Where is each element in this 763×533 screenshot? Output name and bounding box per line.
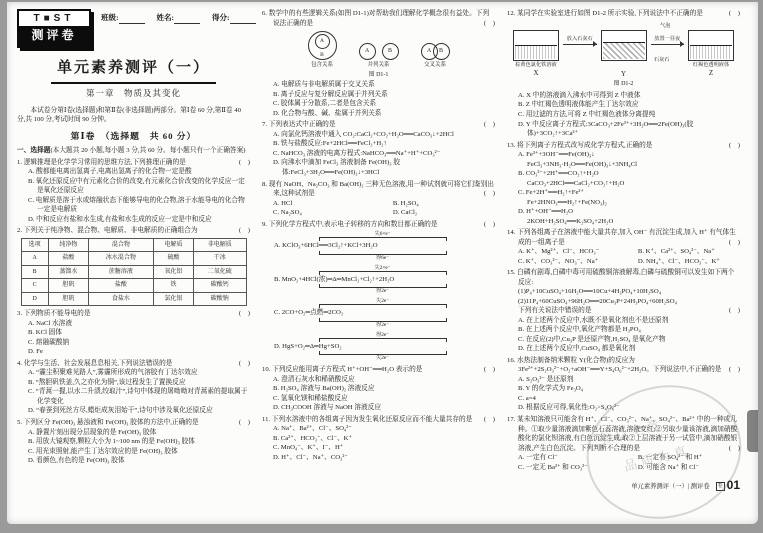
table-row: D 胆矾 食盐水 氯化银 碳酸钠 (21, 292, 246, 306)
stem-text: 8. 现有 NaOH、Na₂CO₃ 和 Ba(OH)₂ 三种无色溶液,用一种试剂… (262, 181, 494, 198)
option: A. 在上述两个反应中,水既不是氧化剂也不是还原剂 (507, 316, 740, 326)
answer-bracket: ( ) (484, 19, 495, 29)
table-cell: 蔗糖溶液 (88, 265, 153, 279)
table-cell: C (21, 279, 48, 293)
experiment-figure: 棕黄色氯化铁溶液 X 放入石灰石 气泡 石灰石 Y (507, 23, 740, 89)
table-cell: 碳酸钙 (193, 279, 246, 293)
table-cell: 干冰 (193, 252, 246, 266)
table-cell: 氧化铝 (153, 265, 193, 279)
question-11: 11. 下列水溶液中的各组离子因为发生氧化还原反应而不能大量共存的是( ) A.… (262, 415, 495, 463)
name-field-label: 姓名: (157, 13, 175, 22)
table-cell: 盐酸 (48, 252, 88, 266)
option: A. 酸都能电离出氢离子,电离出氢离子的化合物一定是酸 (17, 167, 250, 177)
stem-text: 3. 下列物质不能导电的是 (17, 310, 91, 317)
table-cell: A (21, 252, 48, 266)
venn-outer-label: B (309, 52, 336, 59)
option: B. 铁与盐酸反应:Fe+2HCl══FeCl₂+H₂↑ (262, 139, 495, 149)
class-field-blank (119, 15, 145, 24)
option: B. Z 中红褐色透明液体能产生丁达尔效应 (507, 100, 740, 110)
option-grid: A. HCl B. H₂SO₄ C. Na₂SO₄ D. CaCl₂ (262, 199, 495, 218)
option: C. 氢氧化镁和稀盐酸反应 (262, 394, 495, 404)
electron-gain-label: 得6e⁻ (270, 255, 495, 261)
option: B. 氧化还原反应中有元素化合价的改变,有元素化合价改变的化学反应一定是氧化还原… (17, 177, 250, 196)
reaction-equation-2: (2)11P₄+60CuSO₄+96H₂O══20Cu₃P+24H₃PO₄+60… (507, 297, 740, 307)
option: B. KCl 固体 (17, 328, 250, 338)
part-1-rest: (本大题共 20 小题,每小题 3 分,共 60 分。每小题只有一个正确答案) (50, 147, 245, 154)
venn-circle-pair: A B (359, 43, 399, 60)
stem-text: 17. 某未知溶液只可能含有 H⁺、Cl⁻、CO₃²⁻、Na⁺、SO₄²⁻、Ba… (507, 416, 737, 452)
option-continuation: 2KOH+H₂SO₄══K₂SO₄+2H₂O (507, 217, 740, 227)
arrow-2-label: 放置一昼夜 (651, 36, 685, 43)
question-16: 16. 水热法制备纳米颗粒 Y(化合物)的反应为 3Fe²⁺+2S₂O₃²⁻+O… (507, 356, 740, 413)
venn-row: A B 包含关系 A B 并列关系 A (262, 31, 495, 70)
question-stem: 9. 下列化学方程式中,表示电子转移的方向和数目都正确的是( ) (262, 220, 495, 230)
arrow-1-label: 放入石灰石 (563, 36, 597, 43)
question-13: 13. 将下列离子方程式改写成化学方程式,正确的是( ) A. Fe³⁺+3OH… (507, 141, 740, 227)
table-cell: 硫酸 (153, 252, 193, 266)
venn-caption: 并列关系 (359, 62, 399, 70)
option: B. Y 的化学式为 Fe₃O₄ (507, 384, 740, 394)
beaker-x: 棕黄色氯化铁溶液 X (509, 23, 563, 79)
electron-loss-label: 失2e⁻ (270, 298, 495, 304)
option-continuation: CaCO₃+2HCl══CaCl₂+CO₂↑+H₂O (507, 179, 740, 189)
venn-parallel-relation: A B 并列关系 (359, 43, 399, 70)
table-header: 混合物 (88, 238, 153, 252)
column-1: T■ST 测评卷 班级: 姓名: 得分: 单元素养测评（一） 第一章 物质及其变… (17, 9, 250, 520)
question-5: 5. 下列区分 Fe(OH)₃ 悬浊液和 Fe(OH)₃ 胶体的方法中,正确的是… (17, 418, 250, 466)
option: A. X 中的溶液滴入沸水中可得到 Z 中液体 (507, 91, 740, 101)
table-cell: 碳酸钠 (193, 292, 246, 306)
part-1-heading: 一、选择题(本大题共 20 小题,每小题 3 分,共 60 分。每小题只有一个正… (17, 146, 250, 156)
venn-circle-b: B (382, 43, 399, 60)
option: B. K⁺、Ca²⁺、SO₄²⁻、Na⁺ (638, 247, 740, 257)
part-1-prefix: 一、选择题 (17, 147, 50, 154)
option: D. “春蚕到死丝方尽,蜡炬成灰泪始干”,诗句中涉及氧化还原反应 (17, 406, 250, 416)
answer-bracket: ( ) (239, 309, 250, 319)
option: D. H⁺+OH⁻══H₂O (507, 207, 740, 217)
question-stem: 5. 下列区分 Fe(OH)₃ 悬浊液和 Fe(OH)₃ 胶体的方法中,正确的是… (17, 418, 250, 428)
venn-caption: 交叉关系 (421, 62, 450, 70)
stem-text: 14. 下列各组离子在溶液中能大量共存,加入 OH⁻ 有沉淀生成,加入 H⁺ 有… (507, 229, 736, 246)
option: C. 用过滤的方法,可将 Z 中红褐色液体分离提纯 (507, 110, 740, 120)
chapter-subtitle: 第一章 物质及其变化 (17, 87, 250, 99)
beaker-body (601, 30, 647, 61)
question-stem: 8. 现有 NaOH、Na₂CO₃ 和 Ba(OH)₂ 三种无色溶液,用一种试剂… (262, 180, 495, 199)
option: D. Fe (17, 347, 250, 357)
option: C. 电解质是溶于水或熔融状态下能够导电的化合物,溶于水能导电的化合物一定是电解… (17, 196, 250, 215)
question-stem: 13. 将下列离子方程式改写成化学方程式,正确的是( ) (507, 141, 740, 151)
table-header: 非电解质 (193, 238, 246, 252)
figure-caption: 图 D1-2 (507, 80, 740, 89)
footer-text: 单元素养测评（一）| 测评卷 (631, 483, 709, 490)
page-title: 单元素养测评（一） (51, 58, 216, 83)
option: C. 熔融碳酸钠 (17, 338, 250, 348)
table-cell: 蒸馏水 (48, 265, 88, 279)
table-cell: 铁 (153, 279, 193, 293)
question-stem: 10. 下列反应能用离子方程式 H⁺+OH⁻══H₂O 表示的是( ) (262, 365, 495, 375)
exam-intro: 本试卷分第Ⅰ卷(选择题)和第Ⅱ卷(非选择题)两部分。第Ⅰ卷 60 分,第Ⅱ卷 4… (17, 106, 250, 125)
electron-gain-label: 得2e⁻ (270, 332, 495, 338)
stem-text: 13. 将下列离子方程式改写成化学方程式,正确的是 (507, 142, 652, 149)
stem-text: 6. 数学中的有些逻辑关系(如图 D1-1)对帮助我们理解化学概念很有益处。下列… (262, 10, 489, 27)
option: A. “霾尘积聚难见路人”,雾霾所形成的气溶胶有丁达尔效应 (17, 368, 250, 378)
stem-text: 10. 下列反应能用离子方程式 H⁺+OH⁻══H₂O 表示的是 (262, 366, 422, 373)
option: A. Fe³⁺+3OH⁻══Fe(OH)₃↓ (507, 150, 740, 160)
score-field-label: 得分: (212, 13, 230, 22)
option: A. HCl (273, 199, 393, 209)
question-14: 14. 下列各组离子在溶液中能大量共存,加入 OH⁻ 有沉淀生成,加入 H⁺ 有… (507, 228, 740, 266)
beaker-x-caption: 棕黄色氯化铁溶液 (509, 62, 563, 69)
answer-bracket: ( ) (729, 365, 740, 375)
table-row: C 胆矾 盐酸 铁 碳酸钙 (21, 279, 246, 293)
equation: A. KClO₃+6HCl══3Cl₂↑+KCl+3H₂O (270, 241, 495, 251)
option: A. S₂O₃²⁻ 是还原剂 (507, 375, 740, 385)
option: B. 一定有 SO₄²⁻ 和 H⁺ (638, 453, 740, 463)
option: D. 在上述两个反应中,CuSO₄ 都是氧化剂 (507, 344, 740, 354)
option: C. a=4 (507, 394, 740, 404)
question-stem: 14. 下列各组离子在溶液中能大量共存,加入 OH⁻ 有沉淀生成,加入 H⁺ 有… (507, 228, 740, 247)
electron-loss-label: 失6×e⁻ (270, 231, 495, 237)
beaker-y: 气泡 石灰石 Y (597, 23, 651, 80)
question-10: 10. 下列反应能用离子方程式 H⁺+OH⁻══H₂O 表示的是( ) A. 澄… (262, 365, 495, 413)
equation: D. HgS+O₂═Δ═Hg+SO₂ (270, 342, 495, 352)
answer-bracket: ( ) (729, 306, 740, 316)
stem-text: 9. 下列化学方程式中,表示电子转移的方向和数目都正确的是 (262, 221, 438, 228)
table-header: 电解质 (153, 238, 193, 252)
option: C. Na₂SO₄ (273, 208, 393, 218)
question-stem: 7. 下列表达式中正确的是( ) (262, 120, 495, 130)
question-stem-2: 下列有关说法中错误的是( ) (507, 306, 740, 316)
option: D. 根据反应可得,氧化性:O₂>S₄O₆²⁻ (507, 403, 740, 413)
venn-circle-b: B (433, 43, 450, 60)
page-number: 01 (727, 478, 740, 492)
option: B. H₂SO₄ (393, 199, 495, 209)
option: A. NaCl 水溶液 (17, 319, 250, 329)
table-cell: 胆矾 (48, 279, 88, 293)
figure-caption: 图 D1-1 (262, 71, 495, 80)
liquid-with-limestone (603, 42, 645, 59)
question-stem: 4. 化学与生活、社会发展息息相关,下列说法错误的是( ) (17, 359, 250, 369)
option-grid: A. 一定有 Cl⁻ B. 一定有 SO₄²⁻ 和 H⁺ C. 一定无 Ba²⁺… (507, 453, 740, 472)
question-stem: 6. 数学中的有些逻辑关系(如图 D1-1)对帮助我们理解化学概念很有益处。下列… (262, 9, 495, 28)
brand-logo-text: T■ST (19, 11, 89, 26)
question-stem: 17. 某未知溶液只可能含有 H⁺、Cl⁻、CO₃²⁻、Na⁺、SO₄²⁻、Ba… (507, 415, 740, 453)
brand-logo: T■ST 测评卷 (17, 9, 91, 48)
name-field: 姓名: (157, 13, 201, 24)
option: A. 电解质与非电解质属于交叉关系 (262, 80, 495, 90)
question-2: 2. 下列关于纯净物、混合物、电解质、非电解质的正确组合为( ) 选项 纯净物 … (17, 226, 250, 306)
classification-table: 选项 纯净物 混合物 电解质 非电解质 A 盐酸 冰水混合物 硫酸 干冰 B 蒸… (21, 238, 247, 307)
electron-loss-label: 失2e⁻ (270, 355, 495, 361)
option: D. 可能含 Na⁺ 和 Cl⁻ (638, 463, 740, 473)
equation: C. 2CO+O₂═点燃═2CO₂ (270, 308, 495, 318)
spacer (597, 62, 651, 70)
question-3: 3. 下列物质不能导电的是( ) A. NaCl 水溶液 B. KCl 固体 C… (17, 309, 250, 357)
table-row: B 蒸馏水 蔗糖溶液 氧化铝 二氧化硫 (21, 265, 246, 279)
stem-text: 2. 下列关于纯净物、混合物、电解质、非电解质的正确组合为 (17, 227, 198, 234)
question-stem: 11. 下列水溶液中的各组离子因为发生氧化还原反应而不能大量共存的是( ) (262, 415, 495, 425)
option: B. 离子反应与复分解反应属于并列关系 (262, 90, 495, 100)
name-field-blank (174, 15, 200, 24)
answer-bracket: ( ) (484, 415, 495, 425)
question-1: 1. 逻辑推理是化学学习常用的思维方法,下列推理正确的是( ) A. 酸都能电离… (17, 158, 250, 225)
beaker-x-letter: X (509, 69, 563, 79)
option-continuation: Fe+2HNO₃══H₂↑+Fe(NO₃)₂ (507, 198, 740, 208)
option: C. Fe+2H⁺══H₂↑+Fe²⁺ (507, 188, 740, 198)
stem-text: 4. 化学与生活、社会发展息息相关,下列说法错误的是 (17, 360, 172, 367)
venn-contain-relation: A B 包含关系 (308, 31, 337, 70)
question-stem: 12. 某同学在实验室进行如图 D1-2 所示实验,下列说法中不正确的是( ) (507, 9, 740, 19)
electron-gain-label: 得2e⁻ (270, 322, 495, 328)
option: D. CaCl₂ (393, 208, 495, 218)
venn-circle-pair: A B (421, 43, 450, 60)
answer-bracket: ( ) (729, 444, 740, 454)
answer-bracket: ( ) (484, 365, 495, 375)
table-cell: 胆矾 (48, 292, 88, 306)
column-2: 6. 数学中的有些逻辑关系(如图 D1-1)对帮助我们理解化学概念很有益处。下列… (262, 9, 495, 520)
question-stem: 15. 白磷有剧毒,白磷中毒可用硫酸铜溶液解毒,白磷与硫酸铜可以发生如下两个反应… (507, 268, 740, 287)
section-1-heading: 第Ⅰ卷 （选择题 共 60 分） (17, 130, 250, 142)
option: D. 向沸水中滴加 FeCl₃ 溶液制备 Fe(OH)₃ 胶体:FeCl₃+3H… (262, 158, 495, 177)
option: C. 一定无 Ba²⁺ 和 CO₃²⁻ (518, 463, 638, 473)
arrow-2: 放置一昼夜 (651, 23, 685, 45)
answer-bracket: ( ) (239, 226, 250, 236)
limestone-annotation: 石灰石 (654, 57, 670, 64)
answer-bracket: ( ) (484, 189, 495, 199)
exam-page: T■ST 测评卷 班级: 姓名: 得分: 单元素养测评（一） 第一章 物质及其变… (7, 2, 758, 524)
ink-blob (747, 410, 758, 452)
score-field-blank (230, 15, 256, 24)
stem-text: 12. 某同学在实验室进行如图 D1-2 所示实验,下列说法中不正确的是 (507, 10, 703, 17)
option: C. 胶体属于分散系,二者是包含关系 (262, 99, 495, 109)
venn-outer-circle: A B (308, 31, 337, 60)
option: D. 中和反应有盐和水生成,有盐和水生成的反应一定是中和反应 (17, 215, 250, 225)
question-stem: 3. 下列物质不能导电的是( ) (17, 309, 250, 319)
column-3: 12. 某同学在实验室进行如图 D1-2 所示实验,下列说法中不正确的是( ) … (507, 9, 740, 520)
electron-loss-label: 失2×e⁻ (270, 265, 495, 271)
stem-text: 1. 逻辑推理是化学学习常用的思维方法,下列推理正确的是 (17, 159, 186, 166)
venn-circle-a: A (359, 43, 376, 60)
option: D. NH₄⁺、Cl⁻、HCO₃⁻、K⁺ (638, 257, 740, 267)
question-17: 17. 某未知溶液只可能含有 H⁺、Cl⁻、CO₃²⁻、Na⁺、SO₄²⁻、Ba… (507, 415, 740, 472)
venn-cross-relation: A B 交叉关系 (421, 43, 450, 70)
arrow-line (651, 44, 685, 45)
stem-text: 15. 白磷有剧毒,白磷中毒可用硫酸铜溶液解毒,白磷与硫酸铜可以发生如下两个反应… (507, 269, 734, 286)
option: D. H⁺、Cl⁻、Na⁺、CO₃²⁻ (262, 453, 495, 463)
liquid (690, 45, 732, 59)
footer-mark-icon: 卷 (716, 482, 725, 491)
class-field-label: 班级: (101, 13, 119, 22)
option: A. K⁺、Mg²⁺、Cl⁻、HCO₃⁻ (518, 247, 638, 257)
liquid (515, 45, 557, 59)
answer-bracket: ( ) (729, 9, 740, 19)
table-cell: B (21, 265, 48, 279)
answer-bracket: ( ) (239, 158, 250, 168)
question-15: 15. 白磷有剧毒,白磷中毒可用硫酸铜溶液解毒,白磷与硫酸铜可以发生如下两个反应… (507, 268, 740, 354)
table-header: 纯净物 (48, 238, 88, 252)
option: B. H₂SO₄ 溶液与 Ba(OH)₂ 溶液反应 (262, 384, 495, 394)
question-9: 9. 下列化学方程式中,表示电子转移的方向和数目都正确的是( ) 失6×e⁻ A… (262, 220, 495, 362)
option: C. MnO₄⁻、K⁺、I⁻、H⁺ (262, 443, 495, 453)
option-grid: A. K⁺、Mg²⁺、Cl⁻、HCO₃⁻ B. K⁺、Ca²⁺、SO₄²⁻、Na… (507, 247, 740, 266)
option: D. CH₃COOH 溶液与 NaOH 溶液反应 (262, 403, 495, 413)
beaker-y-letter: Y (597, 70, 651, 80)
beaker-z-letter: Z (684, 69, 738, 79)
arrow-line (563, 44, 597, 45)
venn-caption: 包含关系 (308, 62, 337, 70)
option: B. 用放大镜观察,颗粒大小为 1~100 nm 的是 Fe(OH)₃ 胶体 (17, 437, 250, 447)
table-row: A 盐酸 冰水混合物 硫酸 干冰 (21, 252, 246, 266)
electron-transfer-diagram-a: 失6×e⁻ A. KClO₃+6HCl══3Cl₂↑+KCl+3H₂O 得6e⁻ (262, 231, 495, 261)
question-4: 4. 化学与生活、社会发展息息相关,下列说法错误的是( ) A. “霾尘积聚难见… (17, 359, 250, 416)
beaker-body (513, 30, 559, 61)
venn-inner-circle: A (315, 34, 330, 49)
question-stem: 1. 逻辑推理是化学学习常用的思维方法,下列推理正确的是( ) (17, 158, 250, 168)
option: B. 在上述两个反应中,氧化产物都是 H₃PO₄ (507, 325, 740, 335)
electron-transfer-diagram-d: 得2e⁻ D. HgS+O₂═Δ═Hg+SO₂ 失2e⁻ (262, 332, 495, 362)
option: C. K⁺、CO₃²⁻、NO₃⁻、Na⁺ (518, 257, 638, 267)
table-cell: D (21, 292, 48, 306)
brand-logo-subtext: 测评卷 (19, 26, 89, 46)
score-field: 得分: (212, 13, 256, 24)
question-7: 7. 下列表达式中正确的是( ) A. 向氯化钙溶液中通入 CO₂:CaCl₂+… (262, 120, 495, 177)
table-cell: 冰水混合物 (88, 252, 153, 266)
option: B. Ca²⁺、HCO₃⁻、Cl⁻、K⁺ (262, 434, 495, 444)
question-stem: 16. 水热法制备纳米颗粒 Y(化合物)的反应为 3Fe²⁺+2S₂O₃²⁻+O… (507, 356, 740, 375)
option: A. 一定有 Cl⁻ (518, 453, 638, 463)
question-8: 8. 现有 NaOH、Na₂CO₃ 和 Ba(OH)₂ 三种无色溶液,用一种试剂… (262, 180, 495, 218)
table-cell: 氯化银 (153, 292, 193, 306)
stem-text: 7. 下列表达式中正确的是 (262, 121, 336, 128)
answer-bracket: ( ) (239, 359, 250, 369)
reaction-equation-1: (1)P₄+10CuSO₄+16H₂O══10Cu+4H₃PO₄+10H₂SO₄ (507, 287, 740, 297)
option: C. 在反应(2)中,Cu₃P 是还原产物,H₂SO₄ 是氧化产物 (507, 335, 740, 345)
option: A. 澄清石灰水和稀硝酸反应 (262, 375, 495, 385)
beaker-z: 红褐色透明液体 Z (684, 23, 738, 79)
option: D. 看颜色,有色的是 Fe(OH)₃ 胶体 (17, 456, 250, 466)
stem-text: 下列有关说法中错误的是 (518, 307, 592, 314)
table-cell: 盐酸 (88, 279, 153, 293)
option: C. 用光束照射,能产生丁达尔效应的是 Fe(OH)₃ 胶体 (17, 447, 250, 457)
table-cell: 食盐水 (88, 292, 153, 306)
option-continuation: FeCl₃+3NH₃·H₂O══Fe(OH)₃↓+3NH₄Cl (507, 160, 740, 170)
option: A. Na⁺、Ba²⁺、Cl⁻、SO₄²⁻ (262, 424, 495, 434)
answer-bracket: ( ) (484, 220, 495, 230)
option: A. 静置片刻出现分层现象的是 Fe(OH)₃ 胶体 (17, 428, 250, 438)
beaker-z-caption: 红褐色透明液体 (684, 62, 738, 69)
answer-bracket: ( ) (729, 238, 740, 248)
stem-text: 16. 水热法制备纳米颗粒 Y(化合物)的反应为 3Fe²⁺+2S₂O₃²⁻+O… (507, 357, 721, 374)
option: A. 向氯化钙溶液中通入 CO₂:CaCl₂+CO₂+H₂O══CaCO₃↓+2… (262, 130, 495, 140)
table-header-row: 选项 纯净物 混合物 电解质 非电解质 (21, 238, 246, 252)
answer-bracket: ( ) (484, 120, 495, 130)
option: B. “熬胆矾铁釜,久之亦化为铜”,该过程发生了置换反应 (17, 378, 250, 388)
stem-text: 5. 下列区分 Fe(OH)₃ 悬浊液和 Fe(OH)₃ 胶体的方法中,正确的是 (17, 419, 199, 426)
table-header: 选项 (21, 238, 48, 252)
answer-bracket: ( ) (239, 418, 250, 428)
question-6: 6. 数学中的有些逻辑关系(如图 D1-1)对帮助我们理解化学概念很有益处。下列… (262, 9, 495, 118)
electron-transfer-diagram-b: 失2×e⁻ B. MnO₂+4HCl(浓)═Δ═MnCl₂+Cl₂↑+2H₂O … (262, 265, 495, 295)
option: D. Y 中反应离子方程式:3CaCO₃+2Fe³⁺+3H₂O══2Fe(OH)… (507, 120, 740, 139)
class-field: 班级: (101, 13, 145, 24)
title-block: 单元素养测评（一） 第一章 物质及其变化 (17, 58, 250, 98)
header-row: T■ST 测评卷 班级: 姓名: 得分: (17, 9, 250, 48)
question-12: 12. 某同学在实验室进行如图 D1-2 所示实验,下列说法中不正确的是( ) … (507, 9, 740, 139)
student-fields: 班级: 姓名: 得分: (101, 13, 256, 24)
option: C. NaHCO₃ 溶液的电离方程式:NaHCO₃══Na⁺+H⁺+CO₃²⁻ (262, 149, 495, 159)
page-footer: 单元素养测评（一）| 测评卷卷01 (507, 477, 740, 494)
option: D. 化合物与酸、碱、盐属于并列关系 (262, 109, 495, 119)
beaker-row: 棕黄色氯化铁溶液 X 放入石灰石 气泡 石灰石 Y (507, 23, 740, 80)
electron-transfer-diagram-c: 失2e⁻ C. 2CO+O₂═点燃═2CO₂ 得2e⁻ (262, 298, 495, 328)
answer-bracket: ( ) (729, 141, 740, 151)
beaker-body (688, 30, 734, 61)
stem-text: 11. 下列水溶液中的各组离子因为发生氧化还原反应而不能大量共存的是 (262, 416, 472, 423)
equation: B. MnO₂+4HCl(浓)═Δ═MnCl₂+Cl₂↑+2H₂O (270, 275, 495, 285)
table-cell: 二氧化硫 (193, 265, 246, 279)
option: B. CO₃²⁻+2H⁺══CO₂↑+H₂O (507, 169, 740, 179)
electron-gain-label: 得2e⁻ (270, 288, 495, 294)
question-stem: 2. 下列关于纯净物、混合物、电解质、非电解质的正确组合为( ) (17, 226, 250, 236)
arrow-1: 放入石灰石 (563, 23, 597, 45)
venn-diagram: A B 包含关系 A B 并列关系 A (262, 31, 495, 79)
option: C. “青蒿一握,以水二升渍,绞取汁”,诗句中体现的屠呦呦对青蒿素的提取属于化学… (17, 387, 250, 406)
